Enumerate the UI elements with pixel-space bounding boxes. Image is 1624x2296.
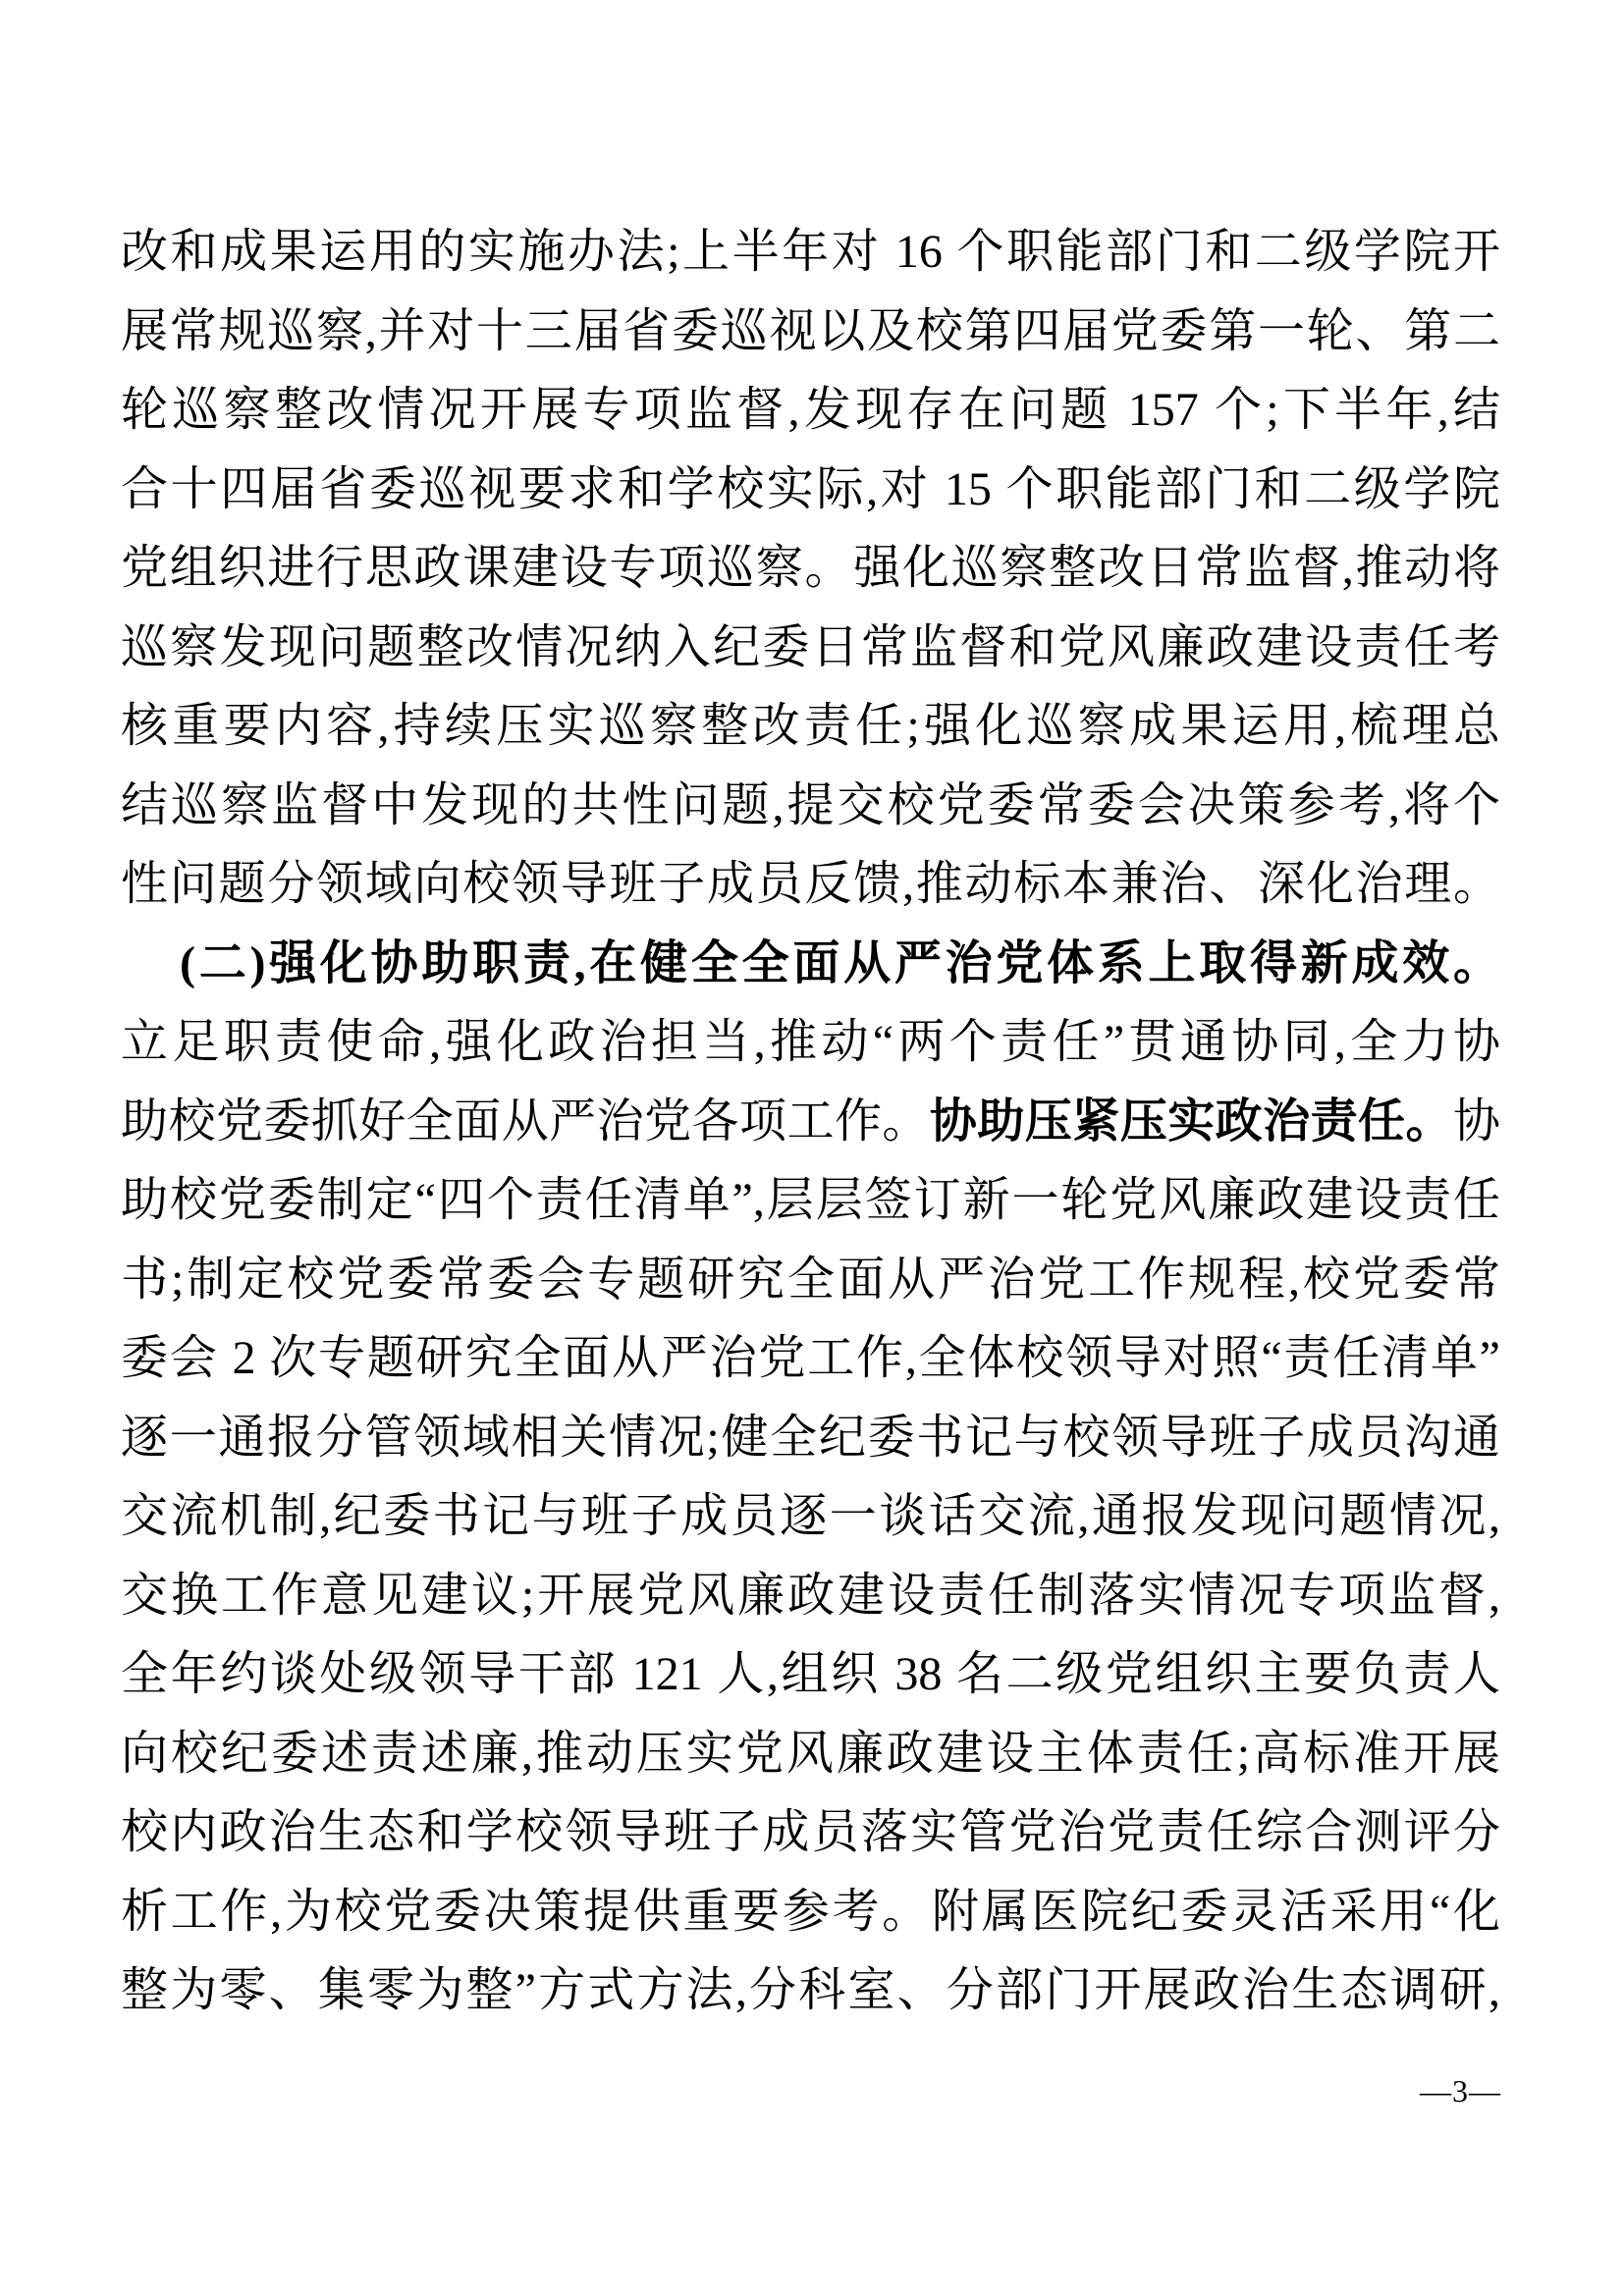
text-segment: 委会 2 次专题研究全面从严治党工作,全体校领导对照“责任清单” <box>121 1332 1500 1384</box>
text-segment: 性问题分领域向校领导班子成员反馈,推动标本兼治、深化治理。 <box>121 858 1500 910</box>
text-segment: 向校纪委述责述廉,推动压实党风廉政建设主体责任;高标准开展 <box>121 1728 1500 1780</box>
text-line: 改和成果运用的实施办法;上半年对 16 个职能部门和二级学院开 <box>121 213 1500 293</box>
text-segment: 合十四届省委巡视要求和学校实际,对 15 个职能部门和二级学院 <box>121 463 1500 515</box>
text-line: 立足职责使命,强化政治担当,推动“两个责任”贯通协同,全力协 <box>121 1003 1500 1083</box>
text-segment: 助校党委抓好全面从严治党各项工作。 <box>121 1095 930 1148</box>
text-segment: 交流机制,纪委书记与班子成员逐一谈话交流,通报发现问题情况, <box>121 1490 1500 1542</box>
text-segment: 助校党委制定“四个责任清单”,层层签订新一轮党风廉政建设责任 <box>121 1174 1500 1226</box>
text-segment: 巡察发现问题整改情况纳入纪委日常监督和党风廉政建设责任考 <box>121 621 1500 673</box>
text-segment: 整为零、集零为整”方式方法,分科室、分部门开展政治生态调研, <box>121 1964 1500 2016</box>
text-segment: 析工作,为校党委决策提供重要参考。附属医院纪委灵活采用“化 <box>121 1886 1500 1938</box>
document-body: 改和成果运用的实施办法;上半年对 16 个职能部门和二级学院开展常规巡察,并对十… <box>121 213 1500 2031</box>
text-segment: 全年约谈处级领导干部 121 人,组织 38 名二级党组织主要负责人 <box>121 1648 1500 1700</box>
text-segment: 逐一通报分管领域相关情况;健全纪委书记与校领导班子成员沟通 <box>121 1412 1500 1464</box>
text-line: 轮巡察整改情况开展专项监督,发现存在问题 157 个;下半年,结 <box>121 371 1500 451</box>
text-segment: 轮巡察整改情况开展专项监督,发现存在问题 157 个;下半年,结 <box>121 384 1500 436</box>
text-segment: 展常规巡察,并对十三届省委巡视以及校第四届党委第一轮、第二 <box>121 305 1500 357</box>
text-line: 助校党委制定“四个责任清单”,层层签订新一轮党风廉政建设责任 <box>121 1161 1500 1241</box>
text-line: 展常规巡察,并对十三届省委巡视以及校第四届党委第一轮、第二 <box>121 293 1500 372</box>
text-segment: 改和成果运用的实施办法;上半年对 16 个职能部门和二级学院开 <box>121 226 1500 278</box>
text-line: 委会 2 次专题研究全面从严治党工作,全体校领导对照“责任清单” <box>121 1319 1500 1399</box>
text-line: 校内政治生态和学校领导班子成员落实管党治党责任综合测评分 <box>121 1793 1500 1873</box>
text-segment: 核重要内容,持续压实巡察整改责任;强化巡察成果运用,梳理总 <box>121 700 1500 752</box>
text-line: 党组织进行思政课建设专项巡察。强化巡察整改日常监督,推动将 <box>121 529 1500 609</box>
text-line: 向校纪委述责述廉,推动压实党风廉政建设主体责任;高标准开展 <box>121 1715 1500 1794</box>
text-line: 整为零、集零为整”方式方法,分科室、分部门开展政治生态调研, <box>121 1951 1500 2031</box>
text-segment: 校内政治生态和学校领导班子成员落实管党治党责任综合测评分 <box>121 1806 1500 1858</box>
text-segment-bold: 协助压紧压实政治责任。 <box>930 1095 1453 1148</box>
text-segment: 书;制定校党委常委会专题研究全面从严治党工作规程,校党委常 <box>121 1254 1500 1306</box>
text-line: 交流机制,纪委书记与班子成员逐一谈话交流,通报发现问题情况, <box>121 1477 1500 1557</box>
text-segment: 党组织进行思政课建设专项巡察。强化巡察整改日常监督,推动将 <box>121 542 1500 594</box>
text-line: 交换工作意见建议;开展党风廉政建设责任制落实情况专项监督, <box>121 1557 1500 1636</box>
text-segment: 协 <box>1453 1095 1500 1148</box>
text-segment: 结巡察监督中发现的共性问题,提交校党委常委会决策参考,将个 <box>121 779 1500 831</box>
text-line: 逐一通报分管领域相关情况;健全纪委书记与校领导班子成员沟通 <box>121 1399 1500 1478</box>
text-line: 巡察发现问题整改情况纳入纪委日常监督和党风廉政建设责任考 <box>121 609 1500 688</box>
text-segment: 立足职责使命,强化政治担当,推动“两个责任”贯通协同,全力协 <box>121 1016 1500 1068</box>
text-line: 合十四届省委巡视要求和学校实际,对 15 个职能部门和二级学院 <box>121 451 1500 530</box>
text-line: 核重要内容,持续压实巡察整改责任;强化巡察成果运用,梳理总 <box>121 687 1500 767</box>
text-line: 书;制定校党委常委会专题研究全面从严治党工作规程,校党委常 <box>121 1241 1500 1320</box>
text-line: 结巡察监督中发现的共性问题,提交校党委常委会决策参考,将个 <box>121 767 1500 846</box>
text-line: (二)强化协助职责,在健全全面从严治党体系上取得新成效。 <box>121 925 1500 1004</box>
text-segment: 交换工作意见建议;开展党风廉政建设责任制落实情况专项监督, <box>121 1570 1500 1622</box>
text-line: 析工作,为校党委决策提供重要参考。附属医院纪委灵活采用“化 <box>121 1873 1500 1952</box>
text-line: 助校党委抓好全面从严治党各项工作。协助压紧压实政治责任。协 <box>121 1083 1500 1162</box>
document-page: 改和成果运用的实施办法;上半年对 16 个职能部门和二级学院开展常规巡察,并对十… <box>0 0 1624 2296</box>
text-line: 性问题分领域向校领导班子成员反馈,推动标本兼治、深化治理。 <box>121 845 1500 925</box>
text-segment-bold: (二)强化协助职责,在健全全面从严治党体系上取得新成效。 <box>180 937 1500 989</box>
text-line: 全年约谈处级领导干部 121 人,组织 38 名二级党组织主要负责人 <box>121 1635 1500 1715</box>
page-number: —3— <box>1420 2073 1501 2109</box>
